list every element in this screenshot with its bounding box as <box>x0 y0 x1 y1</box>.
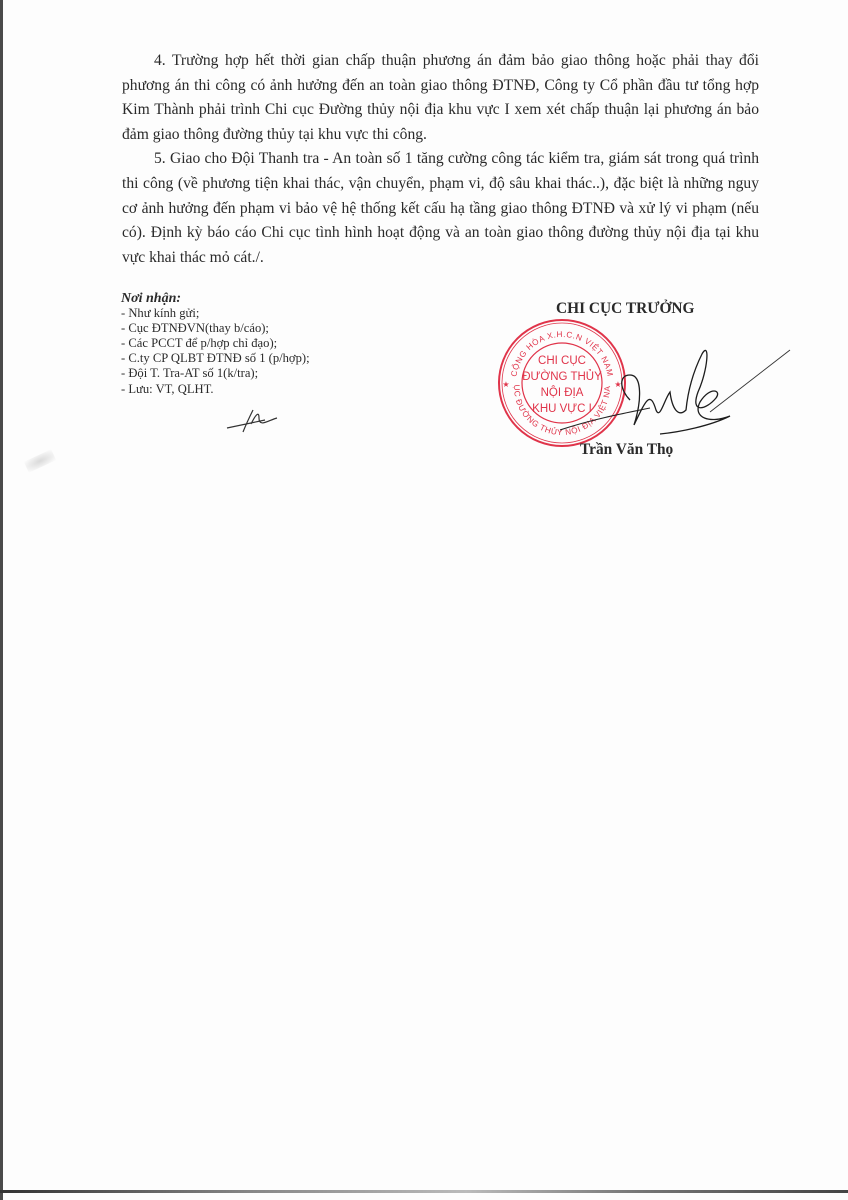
recipients-title: Nơi nhận: <box>121 291 310 306</box>
recipients-block: Nơi nhận: - Như kính gửi; - Cục ĐTNĐVN(t… <box>121 291 310 397</box>
recipient-item: - C.ty CP QLBT ĐTNĐ số 1 (p/hợp); <box>121 351 310 366</box>
document-body: 4. Trường hợp hết thời gian chấp thuận p… <box>122 49 759 270</box>
recipient-item: - Cục ĐTNĐVN(thay b/cáo); <box>121 321 310 336</box>
signer-title: CHI CỤC TRƯỞNG <box>556 300 695 318</box>
recipient-item: - Lưu: VT, QLHT. <box>121 382 310 397</box>
initials-mark <box>225 408 285 434</box>
recipient-item: - Đội T. Tra-AT số 1(k/tra); <box>121 366 310 381</box>
paragraph-4: 4. Trường hợp hết thời gian chấp thuận p… <box>122 49 759 147</box>
signer-name: Trần Văn Thọ <box>580 441 673 459</box>
scan-edge-left <box>0 0 3 1200</box>
scan-smudge <box>24 449 56 473</box>
paragraph-5: 5. Giao cho Đội Thanh tra - An toàn số 1… <box>122 147 759 270</box>
recipient-item: - Như kính gửi; <box>121 306 310 321</box>
svg-text:★: ★ <box>502 380 509 389</box>
scan-edge-bottom <box>0 1190 848 1193</box>
recipient-item: - Các PCCT để p/hợp chỉ đạo); <box>121 336 310 351</box>
